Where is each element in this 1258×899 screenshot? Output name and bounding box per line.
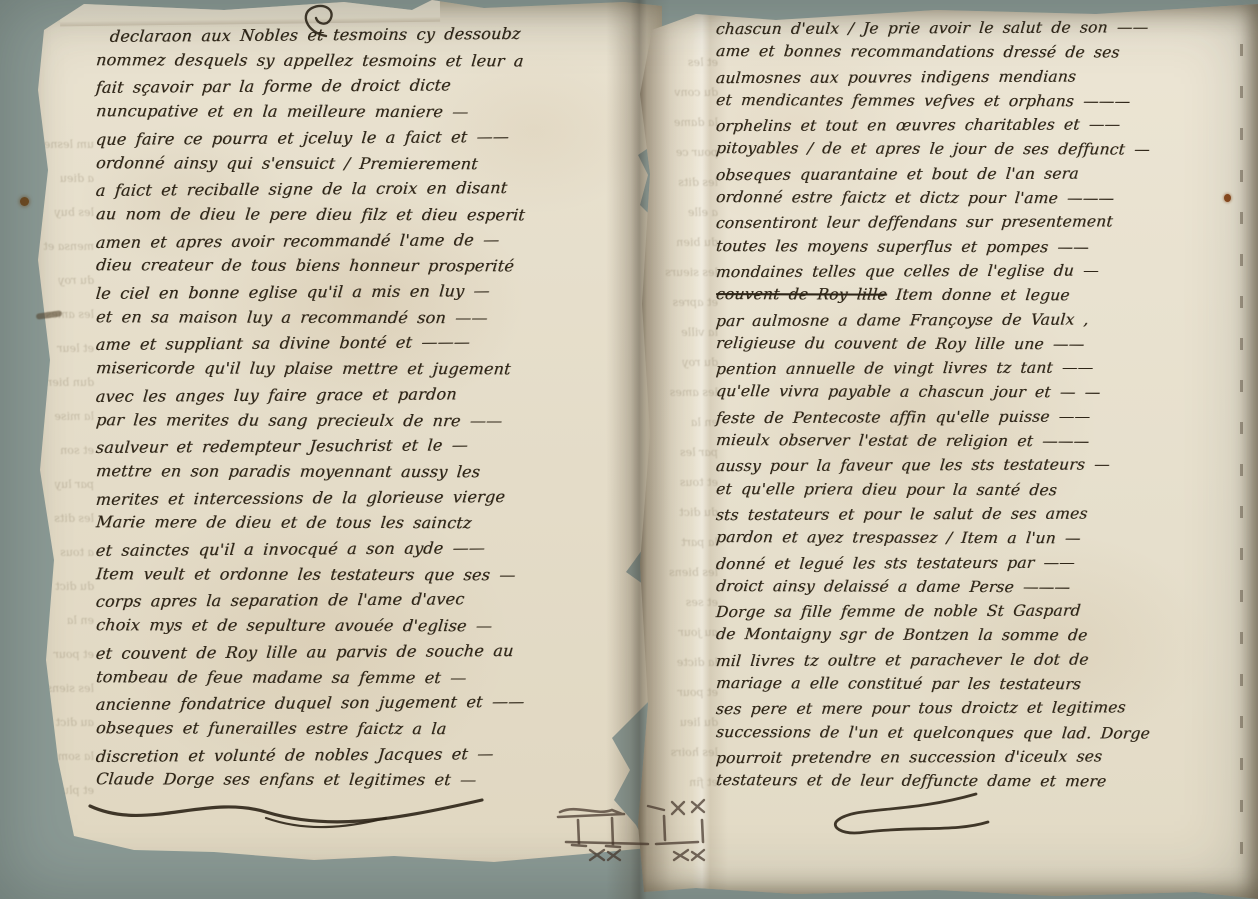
notary-ink-mark-icon bbox=[552, 790, 752, 865]
manuscript-line: choix mys et de sepulture avouée d'eglis… bbox=[95, 612, 653, 639]
manuscript-line: toutes les moyens superflus et pompes —— bbox=[715, 234, 1253, 260]
bleedthrough-line: la part bbox=[642, 528, 719, 558]
manuscript-line: obseques quarantaine et bout de l'an ser… bbox=[715, 161, 1253, 188]
bleedthrough-line: les biens bbox=[642, 558, 719, 588]
manuscript-line: qu'elle vivra payable a chascun jour et … bbox=[715, 380, 1253, 406]
manuscript-line: consentiront leur deffendans sur present… bbox=[715, 209, 1253, 236]
manuscript-line: mil livres tz oultre et parachever le do… bbox=[715, 647, 1253, 674]
bleedthrough-line: et les bbox=[642, 48, 719, 78]
manuscript-line: nommez desquels sy appellez tesmoins et … bbox=[95, 47, 653, 74]
bleedthrough-line: et tous bbox=[642, 468, 719, 498]
manuscript-line: au nom de dieu le pere dieu filz et dieu… bbox=[95, 201, 653, 228]
manuscript-line: par aulmosne a dame Françoyse de Vaulx , bbox=[715, 306, 1253, 333]
manuscript-line: de Montaigny sgr de Bontzen la somme de bbox=[715, 622, 1253, 648]
bleedthrough-line: a tous bbox=[22, 536, 96, 570]
manuscript-line: pitoyables / de et apres le jour de ses … bbox=[715, 137, 1253, 163]
bleedthrough-line: la dame bbox=[642, 108, 719, 138]
struck-text: couvent de Roy lille bbox=[715, 285, 887, 304]
manuscript-line: aussy pour la faveur que les sts testate… bbox=[715, 452, 1253, 479]
manuscript-line: a faict et reciballe signe de la croix e… bbox=[95, 174, 653, 204]
manuscript-line: obseques et funerailles estre faictz a l… bbox=[95, 715, 653, 742]
manuscript-line: sts testateurs et pour le salut de ses a… bbox=[715, 501, 1253, 528]
manuscript-line: par les merites du sang precieulx de nre… bbox=[95, 407, 653, 434]
manuscript-right-page: et lesdu convla damepour celes ditsa ell… bbox=[636, 4, 1258, 899]
closing-flourish-icon bbox=[826, 786, 996, 841]
manuscript-line: nuncupative et en la meilleure maniere — bbox=[95, 98, 653, 125]
manuscript-line: ordonné ainsy qui s'ensuict / Premiereme… bbox=[95, 150, 653, 177]
manuscript-line: et en sa maison luy a recommandé son —— bbox=[95, 304, 653, 331]
closing-flourish-icon bbox=[86, 788, 486, 832]
manuscript-line: chascun d'eulx / Je prie avoir le salut … bbox=[715, 15, 1253, 42]
bleedthrough-line: les buy bbox=[22, 196, 96, 230]
manuscript-line: religieuse du couvent de Roy lille une —… bbox=[715, 331, 1253, 357]
manuscript-line: ses pere et mere pour tous droictz et le… bbox=[715, 695, 1253, 722]
bleedthrough-line: au jour bbox=[642, 618, 719, 648]
manuscript-line: tombeau de feue madame sa femme et — bbox=[95, 664, 653, 691]
opening-flourish-icon bbox=[296, 2, 352, 38]
manuscript-line: dieu createur de tous biens honneur pros… bbox=[95, 253, 653, 280]
manuscript-line: droict ainsy delaissé a dame Perse ——— bbox=[715, 574, 1253, 600]
manuscript-line: amen et apres avoir recommandé l'ame de … bbox=[95, 226, 653, 256]
bleedthrough-line: les dits bbox=[642, 168, 719, 198]
bleedthrough-line: du dict bbox=[642, 498, 719, 528]
manuscript-line: et qu'elle priera dieu pour la santé des bbox=[715, 477, 1253, 503]
bleedthrough-line: et leur bbox=[22, 332, 96, 366]
manuscript-line: saulveur et redempteur Jesuchrist et le … bbox=[95, 431, 653, 461]
manuscript-line: et sainctes qu'il a invocqué a son ayde … bbox=[95, 534, 653, 564]
manuscript-line: ame et bonnes recommandations dressé de … bbox=[715, 39, 1253, 65]
bleedthrough-line: en la bbox=[22, 604, 96, 638]
bleedthrough-line: du dict bbox=[22, 570, 96, 604]
bleedthrough-line: la somme bbox=[22, 740, 96, 774]
bleedthrough-line: les dits bbox=[22, 502, 96, 536]
bleedthrough-line: la mise bbox=[22, 400, 96, 434]
manuscript-line: ame et suppliant sa divine bonté et ——— bbox=[95, 328, 653, 358]
manuscript-line: merites et intercessions de la glorieuse… bbox=[95, 483, 653, 513]
bleedthrough-line: les hoirs bbox=[642, 738, 719, 768]
bleedthrough-line: la dicte bbox=[642, 648, 719, 678]
bleedthrough-line: a elle bbox=[642, 198, 719, 228]
bleedthrough-line: et ses bbox=[642, 588, 719, 618]
bleedthrough-line: du bien bbox=[642, 228, 719, 258]
manuscript-line: avec les anges luy faire grace et pardon bbox=[95, 380, 653, 410]
manuscript-line: successions de l'un et quelconques que l… bbox=[715, 720, 1253, 746]
manuscript-line: orphelins et tout en œuvres charitables … bbox=[715, 112, 1253, 139]
manuscript-line: Item veult et ordonne les testateurs que… bbox=[95, 561, 653, 588]
bleedthrough-line: par les bbox=[642, 438, 719, 468]
manuscript-line: feste de Pentecoste affin qu'elle puisse… bbox=[715, 404, 1253, 431]
bleedthrough-line: du lieu bbox=[642, 708, 719, 738]
manuscript-line: mieulx observer l'estat de religion et —… bbox=[715, 428, 1253, 454]
manuscript-line: mariage a elle constitué par les testate… bbox=[715, 671, 1253, 697]
bleedthrough-line: du conv bbox=[642, 78, 719, 108]
bleedthrough-line: pour ce bbox=[642, 138, 719, 168]
bleedthrough-text: um lesnea dieules buymensa etdu royles a… bbox=[24, 128, 94, 808]
manuscript-line: le ciel en bonne eglise qu'il a mis en l… bbox=[95, 277, 653, 307]
bleedthrough-line: la ville bbox=[642, 318, 719, 348]
bleedthrough-line: du roy bbox=[642, 348, 719, 378]
bleedthrough-line: en la bbox=[642, 408, 719, 438]
bleedthrough-line: et pour bbox=[22, 638, 96, 672]
bleedthrough-line: au dict bbox=[22, 706, 96, 740]
bleedthrough-text: et lesdu convla damepour celes ditsa ell… bbox=[644, 48, 718, 798]
bleedthrough-line: dun bien bbox=[22, 366, 96, 400]
bleedthrough-line: et son bbox=[22, 434, 96, 468]
manuscript-line: pardon et ayez trespassez / Item a l'un … bbox=[715, 525, 1253, 551]
manuscript-line: pourroit pretendre en succession d'iceul… bbox=[715, 744, 1253, 771]
bleedthrough-line: les ames bbox=[642, 378, 719, 408]
manuscript-left-page: um lesnea dieules buymensa etdu royles a… bbox=[14, 0, 664, 888]
manuscript-line: Dorge sa fille femme de noble St Gaspard bbox=[715, 598, 1253, 625]
wormhole-spot bbox=[20, 197, 29, 206]
page-edge-crease bbox=[1240, 44, 1243, 874]
manuscript-line: fait sçavoir par la forme de droict dict… bbox=[95, 71, 653, 101]
manuscript-line: donné et legué les sts testateurs par —— bbox=[715, 549, 1253, 576]
manuscript-line: Marie mere de dieu et de tous les sainct… bbox=[95, 510, 653, 537]
bleedthrough-line: um lesne bbox=[22, 128, 96, 162]
manuscript-line: corps apres la separation de l'ame d'ave… bbox=[95, 586, 653, 616]
manuscript-line: ordonné estre faictz et dictz pour l'ame… bbox=[715, 185, 1253, 211]
manuscript-line: que faire ce pourra et jceluy le a faict… bbox=[95, 123, 653, 153]
right-page-text: chascun d'eulx / Je prie avoir le salut … bbox=[716, 16, 1252, 794]
manuscript-line: pention annuelle de vingt livres tz tant… bbox=[715, 355, 1253, 382]
bleedthrough-line: les sieurs bbox=[642, 258, 719, 288]
bleedthrough-line: les siens bbox=[22, 672, 96, 706]
bleedthrough-line: et pour bbox=[642, 678, 719, 708]
manuscript-scan: um lesnea dieules buymensa etdu royles a… bbox=[0, 0, 1258, 899]
manuscript-line: discretion et volunté de nobles Jacques … bbox=[95, 740, 653, 770]
bleedthrough-line: du roy bbox=[22, 264, 96, 298]
bleedthrough-line: mensa et bbox=[22, 230, 96, 264]
bleedthrough-line: et apres bbox=[642, 288, 719, 318]
bleedthrough-line: a dieu bbox=[22, 162, 96, 196]
left-page-text: declaraon aux Nobles et tesmoins cy dess… bbox=[96, 22, 652, 793]
manuscript-line: couvent de Roy lille Item donne et legue bbox=[715, 282, 1253, 308]
manuscript-line: mondaines telles que celles de l'eglise … bbox=[715, 258, 1253, 285]
manuscript-line: et mendicantes femmes vefves et orphans … bbox=[715, 88, 1253, 114]
manuscript-line: ancienne fondatrice duquel son jugement … bbox=[95, 688, 653, 718]
manuscript-line: et couvent de Roy lille au parvis de sou… bbox=[95, 637, 653, 667]
manuscript-line: mettre en son paradis moyennant aussy le… bbox=[95, 458, 653, 485]
bleedthrough-line: par luy bbox=[22, 468, 96, 502]
manuscript-line: declaraon aux Nobles et tesmoins cy dess… bbox=[95, 20, 653, 50]
bleedthrough-line: et plus bbox=[22, 774, 96, 808]
manuscript-line: misericorde qu'il luy plaise mettre et j… bbox=[95, 355, 653, 382]
manuscript-line: aulmosnes aux pouvres indigens mendians bbox=[715, 63, 1253, 90]
red-ink-spot bbox=[1224, 194, 1231, 202]
